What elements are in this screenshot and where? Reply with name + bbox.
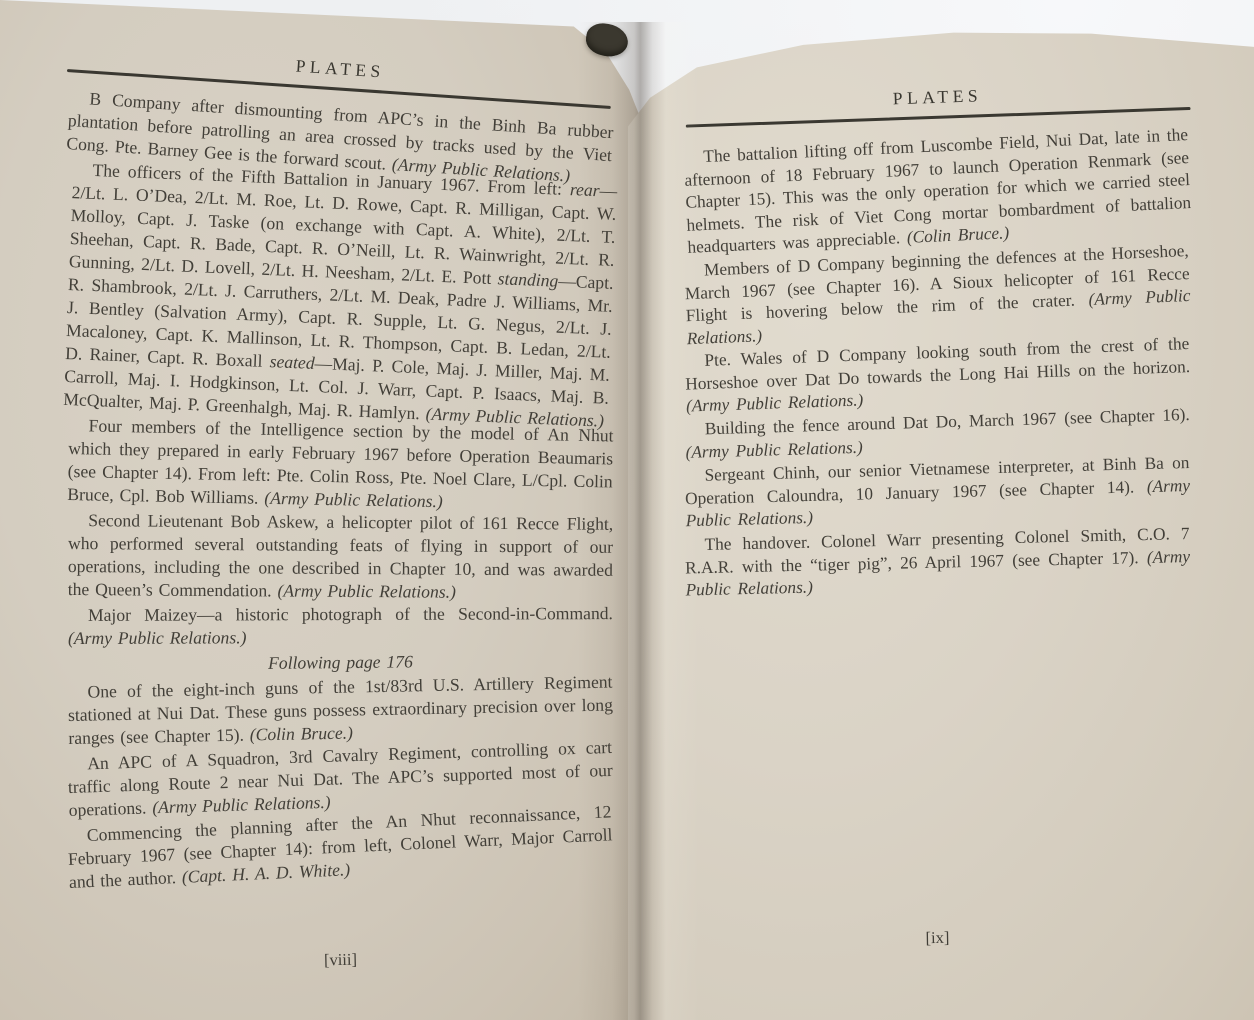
plate-entry: Second Lieutenant Bob Askew, a helicopte… bbox=[68, 509, 614, 605]
right-page-header-group: PLATES bbox=[685, 78, 1191, 128]
plate-entry: Major Maizey—a historic photograph of th… bbox=[68, 602, 613, 650]
plate-entry: The officers of the Fifth Battalion in J… bbox=[63, 158, 618, 433]
right-page-number: [ix] bbox=[685, 924, 1190, 953]
right-page-column: PLATES The battalion lifting off from Lu… bbox=[628, 0, 1190, 591]
left-page-number: [viii] bbox=[68, 944, 613, 975]
open-book-photo: PLATES B Company after dismounting from … bbox=[0, 0, 1254, 1020]
right-page: PLATES The battalion lifting off from Lu… bbox=[628, 0, 1254, 1020]
plate-entry: Sergeant Chinh, our senior Vietnamese in… bbox=[684, 452, 1191, 533]
plate-entry: Members of D Company beginning the defen… bbox=[684, 240, 1192, 351]
left-page-column: PLATES B Company after dismounting from … bbox=[0, 0, 613, 894]
left-page: PLATES B Company after dismounting from … bbox=[0, 0, 652, 1020]
right-plate-list: The battalion lifting off from Luscombe … bbox=[685, 124, 1190, 591]
plate-entry: The handover. Colonel Warr presenting Co… bbox=[684, 523, 1190, 602]
plate-entry: The battalion lifting off from Luscombe … bbox=[683, 124, 1193, 260]
plate-entry: Four members of the Intelligence section… bbox=[67, 414, 614, 516]
left-plate-list: B Company after dismounting from APC’s i… bbox=[68, 86, 613, 894]
